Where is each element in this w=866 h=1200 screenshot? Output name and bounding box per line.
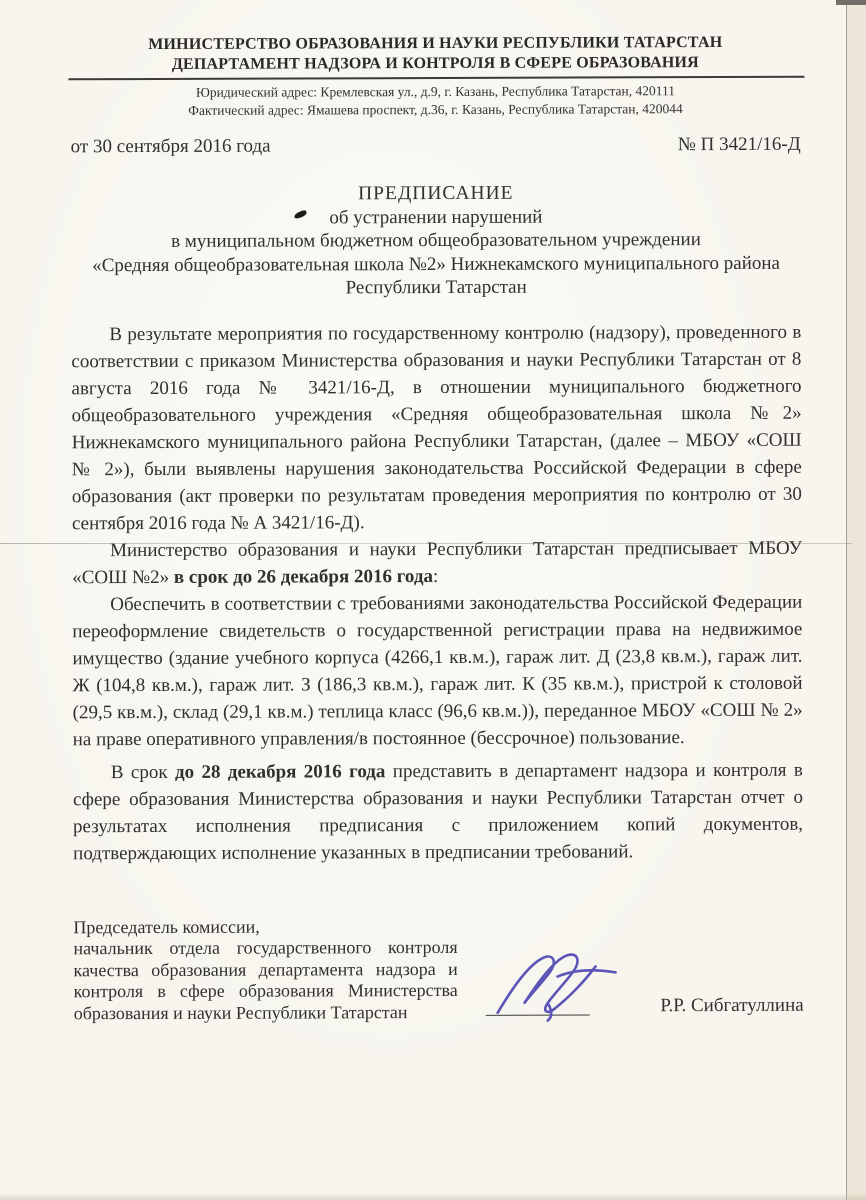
actual-address: Фактический адрес: Ямашева проспект, д.3… bbox=[71, 99, 801, 119]
prescription-colon: : bbox=[433, 565, 438, 586]
requirement-text: Обеспечить в соответствии с требованиями… bbox=[72, 591, 802, 750]
document-number: № П 3421/16-Д bbox=[678, 134, 801, 156]
title-org-line1: в муниципальном бюджетном общеобразовате… bbox=[71, 228, 801, 254]
signer-position-line1: Председатель комиссии, bbox=[73, 915, 457, 938]
paragraph-intro-text: В результате мероприятия по государствен… bbox=[71, 321, 802, 534]
document-title-block: ПРЕДПИСАНИЕ об устранении нарушений в му… bbox=[71, 181, 801, 301]
paragraph-report: В срок до 28 декабря 2016 года представи… bbox=[73, 756, 803, 867]
document-title: ПРЕДПИСАНИЕ bbox=[71, 181, 801, 207]
signer-name: Р.Р. Сибгатуллина bbox=[660, 995, 803, 1023]
deadline-28-december: до 28 декабря 2016 года bbox=[175, 761, 386, 783]
signature-zone bbox=[486, 948, 631, 1023]
report-lead: В срок bbox=[111, 761, 175, 782]
ministry-name: МИНИСТЕРСТВО ОБРАЗОВАНИЯ И НАУКИ РЕСПУБЛ… bbox=[70, 33, 800, 56]
title-org-line3: Республики Татарстан bbox=[71, 275, 801, 301]
document-content: МИНИСТЕРСТВО ОБРАЗОВАНИЯ И НАУКИ РЕСПУБЛ… bbox=[70, 33, 803, 1025]
bottom-edge-shadow bbox=[0, 1193, 866, 1200]
document-body: В результате мероприятия по государствен… bbox=[71, 318, 803, 867]
header-rule bbox=[68, 76, 804, 81]
title-subtitle: об устранении нарушений bbox=[71, 204, 801, 230]
handwritten-signature bbox=[492, 946, 624, 1024]
paragraph-requirement: Обеспечить в соответствии с требованиями… bbox=[72, 588, 803, 753]
document-date: от 30 сентября 2016 года bbox=[71, 136, 271, 159]
department-name: ДЕПАРТАМЕНТ НАДЗОРА И КОНТРОЛЯ В СФЕРЕ О… bbox=[70, 53, 800, 76]
paragraph-prescription: Министерство образования и науки Республ… bbox=[72, 534, 802, 591]
deadline-26-december: в срок до 26 декабря 2016 года bbox=[174, 566, 433, 588]
signature-strokes bbox=[498, 954, 616, 1020]
page-edge-strip bbox=[846, 0, 866, 1200]
signer-position-rest: начальник отдела государственного контро… bbox=[73, 937, 457, 1024]
page-corner-shadow bbox=[836, 0, 866, 5]
document-header: МИНИСТЕРСТВО ОБРАЗОВАНИЯ И НАУКИ РЕСПУБЛ… bbox=[70, 33, 800, 120]
title-org-line2: «Средняя общеобразовательная школа №2» Н… bbox=[71, 251, 801, 277]
paragraph-intro: В результате мероприятия по государствен… bbox=[71, 318, 802, 537]
signer-position: Председатель комиссии, начальник отдела … bbox=[73, 915, 458, 1024]
meta-row: от 30 сентября 2016 года № П 3421/16-Д bbox=[71, 134, 801, 159]
signature-block: Председатель комиссии, начальник отдела … bbox=[73, 914, 803, 1024]
scanned-document-page: { "colors": { "paper": "#f7f5ee", "ink":… bbox=[0, 0, 866, 1200]
